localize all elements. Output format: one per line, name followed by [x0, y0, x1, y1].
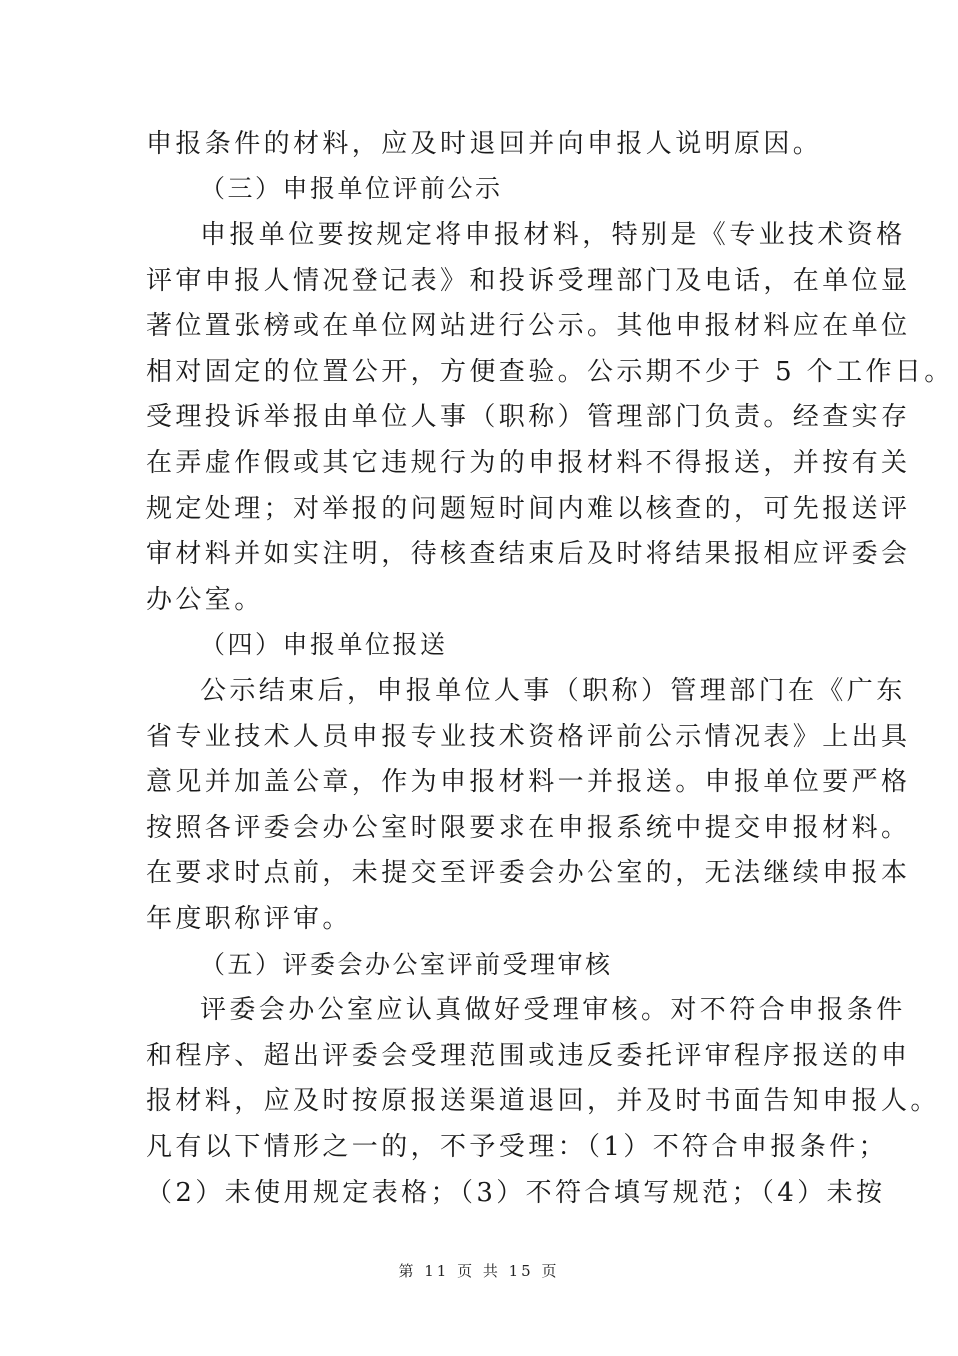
body-text-line: 凡有以下情形之一的，不予受理：（1）不符合申报条件；: [146, 1132, 816, 1162]
body-text-line: （2）未使用规定表格；（3）不符合填写规范；（4）未按: [146, 1178, 816, 1208]
body-text-line: 在弄虚作假或其它违规行为的申报材料不得报送，并按有关: [146, 448, 816, 478]
body-text-line: 省专业技术人员申报专业技术资格评前公示情况表》上出具: [146, 722, 816, 752]
body-text-line: 按照各评委会办公室时限要求在申报系统中提交申报材料。: [146, 813, 816, 843]
body-text-line: 办公室。: [146, 585, 816, 615]
body-text-line: 相对固定的位置公开，方便查验。公示期不少于 5 个工作日。: [146, 357, 816, 387]
document-page: 申报条件的材料，应及时退回并向申报人说明原因。 （三）申报单位评前公示 申报单位…: [0, 0, 958, 1356]
body-text-line: 规定处理；对举报的问题短时间内难以核查的，可先报送评: [146, 494, 816, 524]
body-text-line: 评审申报人情况登记表》和投诉受理部门及电话，在单位显: [146, 266, 816, 296]
body-text-line: 审材料并如实注明，待核查结束后及时将结果报相应评委会: [146, 539, 816, 569]
body-text-line: 著位置张榜或在单位网站进行公示。其他申报材料应在单位: [146, 311, 816, 341]
body-text-line: 和程序、超出评委会受理范围或违反委托评审程序报送的申: [146, 1041, 816, 1071]
section-heading: （四）申报单位报送: [200, 630, 870, 660]
body-text-line: 评委会办公室应认真做好受理审核。对不符合申报条件: [200, 995, 816, 1025]
body-text-line: 公示结束后，申报单位人事（职称）管理部门在《广东: [200, 676, 816, 706]
page-number: 第 11 页 共 15 页: [0, 1260, 958, 1281]
section-heading: （五）评委会办公室评前受理审核: [200, 950, 870, 980]
body-text-line: 在要求时点前，未提交至评委会办公室的，无法继续申报本: [146, 858, 816, 888]
body-text-line: 报材料，应及时按原报送渠道退回，并及时书面告知申报人。: [146, 1086, 816, 1116]
body-text-line: 申报条件的材料，应及时退回并向申报人说明原因。: [146, 129, 816, 159]
section-heading: （三）申报单位评前公示: [200, 174, 870, 204]
body-text-line: 受理投诉举报由单位人事（职称）管理部门负责。经查实存: [146, 402, 816, 432]
body-text-line: 年度职称评审。: [146, 904, 816, 934]
body-text-line: 意见并加盖公章，作为申报材料一并报送。申报单位要严格: [146, 767, 816, 797]
body-text-line: 申报单位要按规定将申报材料，特别是《专业技术资格: [200, 220, 816, 250]
